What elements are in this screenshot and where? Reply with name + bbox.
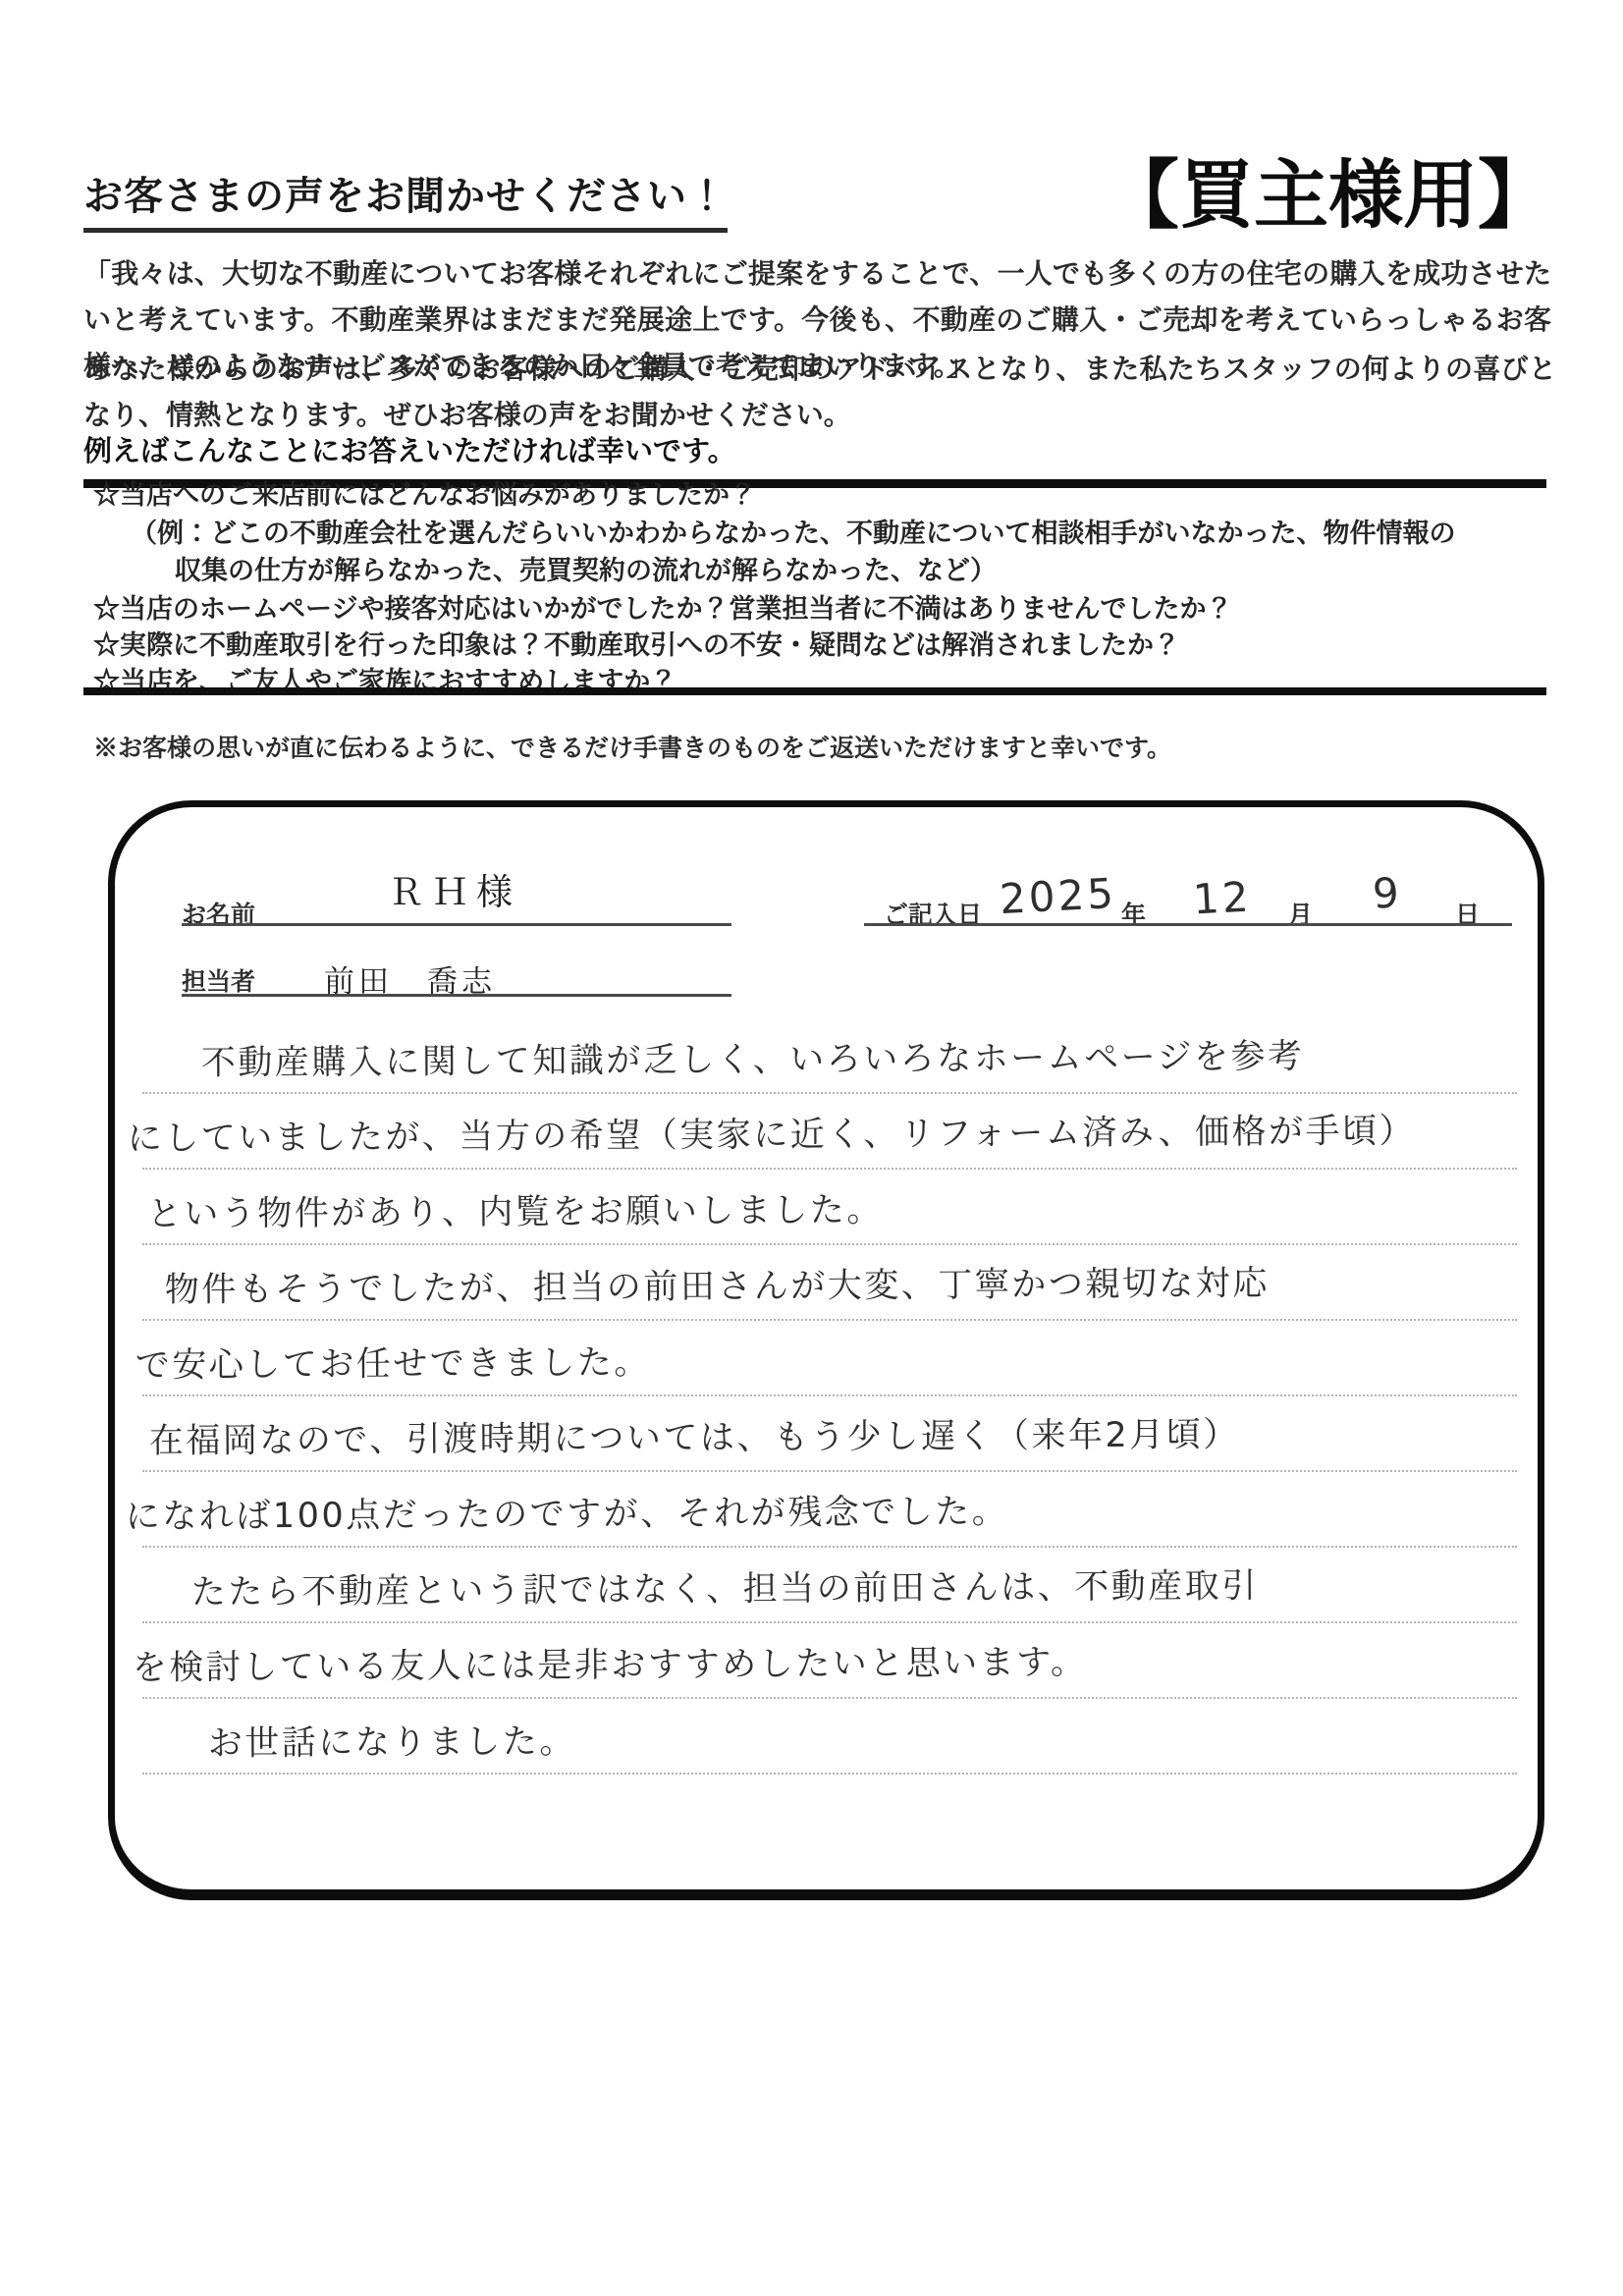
ruled-line xyxy=(142,1773,1517,1775)
handwritten-line: で安心してお任せできました。 xyxy=(135,1336,651,1388)
handwritten-line: お世話になりました。 xyxy=(208,1715,576,1766)
intro-paragraph-2: あなた様からのお声は、多くのお客様へのご購入・ご売却のアドバイスとなり、また私た… xyxy=(83,346,1556,438)
scanned-feedback-form: お客さまの声をお聞かせください！ 【買主様用】 「我々は、大切な不動産についてお… xyxy=(0,0,1623,2296)
ruled-line xyxy=(142,1394,1517,1396)
ruled-line xyxy=(142,1621,1517,1623)
handwritten-line: という物件があり、内覧をお願いしました。 xyxy=(147,1182,884,1236)
handwritten-line: になれば100点だったのですが、それが残念でした。 xyxy=(126,1485,1009,1539)
staff-label: 担当者 xyxy=(182,962,255,998)
name-value: ＲＨ様 xyxy=(388,862,520,915)
date-underline xyxy=(864,923,1512,926)
name-underline xyxy=(182,923,731,926)
date-day-handwritten: 9 xyxy=(1372,868,1403,917)
question-1-example-line-1: （例：どこの不動産会社を選んだらいいかわからなかった、不動産について相談相手がい… xyxy=(131,512,1455,550)
handwritten-line: たたら不動産という訳ではなく、担当の前田さんは、不動産取引 xyxy=(191,1558,1259,1614)
question-2: ☆当店のホームページや接客対応はいかがでしたか？営業担当者に不満はありませんでし… xyxy=(93,587,1232,626)
question-3: ☆実際に不動産取引を行った印象は？不動産取引への不安・疑問などは解消されましたか… xyxy=(93,624,1180,662)
handwritten-line: を検討している友人には是非おすすめしたいと思います。 xyxy=(133,1635,1088,1690)
ruled-line xyxy=(142,1470,1517,1472)
ruled-line xyxy=(142,1168,1517,1170)
ruled-line xyxy=(142,1697,1517,1699)
page-title: お客さまの声をお聞かせください！ xyxy=(83,175,728,233)
ruled-line xyxy=(142,1243,1517,1245)
ruled-line xyxy=(142,1319,1517,1321)
handwriting-request-note: ※お客様の思いが直に伝わるように、できるだけ手書きのものをご返送いただけますと幸… xyxy=(93,729,1171,764)
question-1-example-line-2: 収集の仕方が解らなかった、売買契約の流れが解らなかった、など） xyxy=(175,549,997,587)
date-year-handwritten: 2025 xyxy=(999,869,1117,923)
ruled-line xyxy=(142,1546,1517,1548)
handwritten-line: 不動産購入に関して知識が乏しく、いろいろなホームページを参考 xyxy=(201,1029,1305,1085)
ruled-line xyxy=(142,1092,1517,1094)
question-1: ☆当店へのご来店前にはどんなお悩みがありましたか？ xyxy=(93,473,756,512)
staff-underline xyxy=(182,994,731,997)
handwritten-line: 物件もそうでしたが、担当の前田さんが大変、丁寧かつ親切な対応 xyxy=(165,1256,1270,1312)
buyer-badge: 【買主様用】 xyxy=(1105,136,1552,243)
handwritten-line: 在福岡なので、引渡時期については、もう少し遅く（来年2月頃） xyxy=(149,1407,1240,1463)
handwritten-line: にしていましたが、当方の希望（実家に近く、リフォーム済み、価格が手頃） xyxy=(128,1104,1416,1161)
section-divider xyxy=(83,687,1546,695)
date-month-handwritten: 12 xyxy=(1192,872,1253,923)
